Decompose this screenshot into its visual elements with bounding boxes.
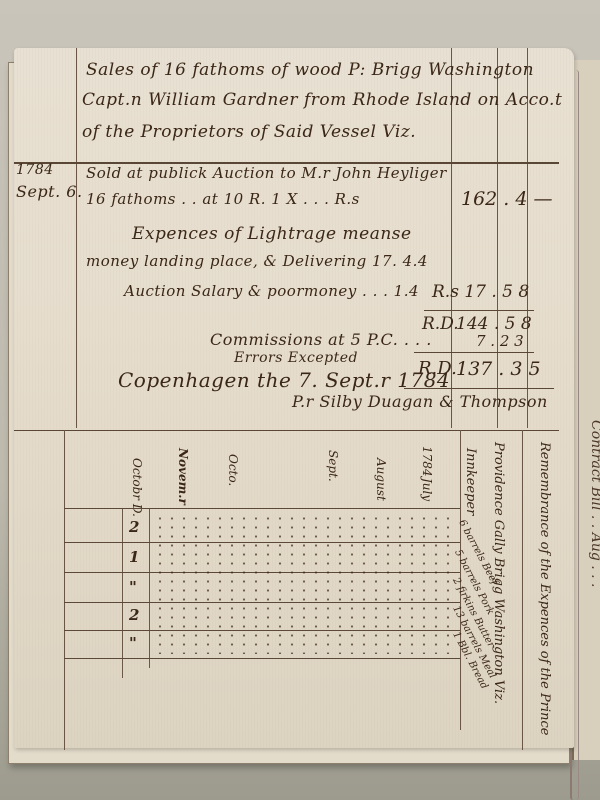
- facing-page-text: Contract Bill . . Aug . . .: [588, 420, 600, 588]
- subtotal-rule: [424, 310, 534, 311]
- left-value: 2: [129, 606, 139, 624]
- entry-year: 1784: [16, 162, 54, 178]
- total-double-rule: [404, 388, 554, 389]
- side-heading-3: Innkeeper: [463, 448, 478, 515]
- table-value-rule: [149, 508, 150, 668]
- errors-excepted: Errors Excepted: [234, 350, 358, 366]
- margin-rule: [76, 48, 77, 428]
- total-rule: [414, 352, 534, 353]
- ledger-page: Sales of 16 fathoms of wood P: Brigg Was…: [14, 48, 574, 748]
- net-total: 137 . 3 5: [456, 358, 541, 380]
- total-currency: R.D.: [418, 358, 457, 379]
- side-heading-1: Remembrance of the Expences of the Princ…: [537, 442, 552, 735]
- left-value: 2: [129, 518, 139, 536]
- signature: P.r Silby Duagan & Thompson: [292, 392, 548, 411]
- table-left-rule: [64, 430, 65, 750]
- col-year: 1784: [420, 446, 434, 477]
- section-divider: [14, 430, 559, 431]
- table-row-rule: [64, 658, 460, 660]
- entry-line-2: 16 fathoms . . at 10 R. 1 X . . . R.s: [86, 190, 360, 208]
- table-dot-grid: [154, 514, 454, 654]
- left-value: ": [129, 578, 137, 596]
- table-row-rule: [64, 508, 460, 510]
- left-value: ": [129, 634, 137, 652]
- commission-label: Commissions at 5 P.C. . . .: [210, 330, 432, 349]
- left-value: 1: [129, 548, 139, 566]
- expenses-line-1: Expences of Lightrage meanse: [132, 224, 412, 244]
- auction-line: Auction Salary & poormoney . . . 1.4: [124, 282, 419, 300]
- sale-amount: 162 . 4 —: [461, 188, 553, 210]
- side-heading-2: Providence Gally Brigg Washington Viz.: [491, 442, 506, 704]
- col-month-august: August: [374, 458, 388, 501]
- col-month-sept: Sept.: [326, 450, 340, 482]
- place-date: Copenhagen the 7. Sept.r 1784: [118, 368, 450, 392]
- expenses-total: R.s 17 . 5 8: [432, 282, 529, 302]
- header-line-3: of the Proprietors of Said Vessel Viz.: [82, 122, 416, 142]
- entry-date: Sept. 6.: [16, 182, 83, 201]
- entry-line-1: Sold at publick Auction to M.r John Heyl…: [86, 164, 447, 182]
- col-month-octo: Octo.: [226, 454, 240, 486]
- col-month-july: July: [420, 478, 434, 501]
- col-month-novem: Novem.r: [176, 448, 190, 505]
- net-before-commission: 144 . 5 8: [456, 314, 532, 334]
- note-column-rule: [522, 430, 523, 750]
- commission-value: 7 . 2 3: [476, 332, 524, 350]
- header-line-2: Capt.n William Gardner from Rhode Island…: [82, 90, 562, 110]
- table-value-rule: [122, 508, 123, 678]
- header-line-1: Sales of 16 fathoms of wood P: Brigg Was…: [86, 60, 534, 80]
- expenses-line-2: money landing place, & Delivering 17. 4.…: [86, 252, 428, 270]
